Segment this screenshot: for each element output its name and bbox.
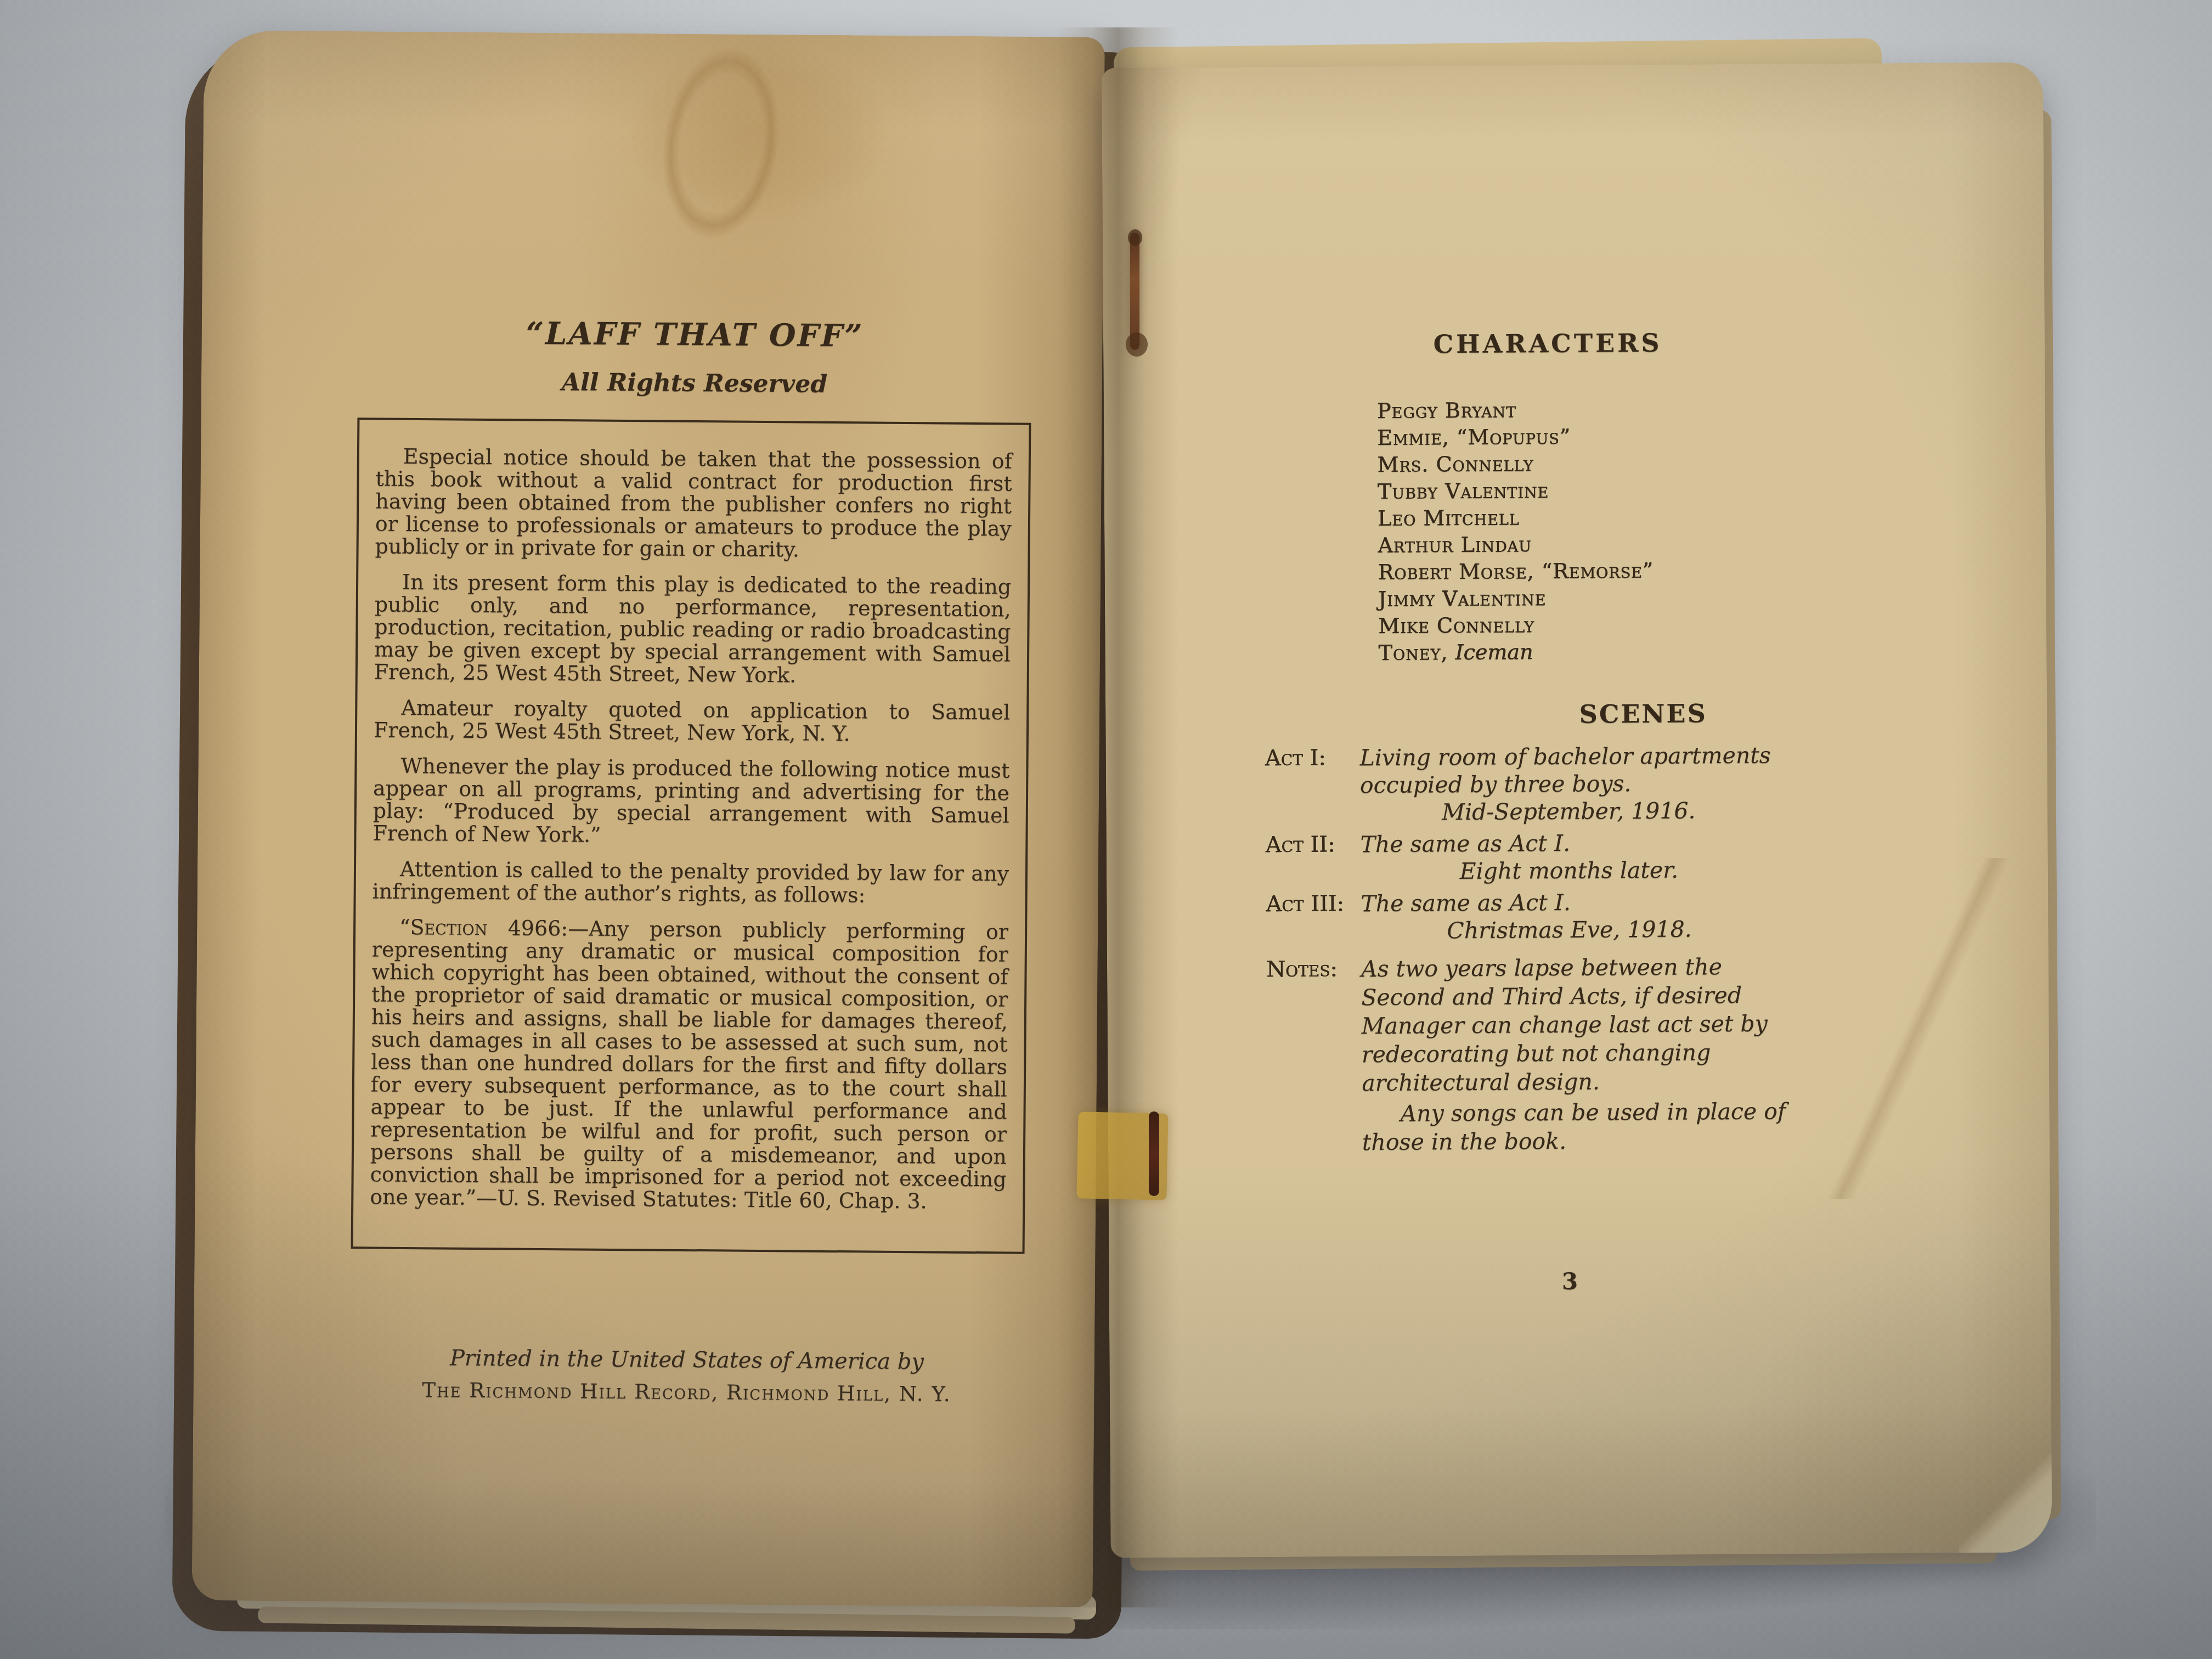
left-page-content: “LAFF THAT OFF” All Rights Reserved Espe… [349, 31, 1034, 1407]
right-page-content: CHARACTERS Peggy Bryant Emmie, “Mopupus”… [1261, 63, 1927, 1296]
character-item: Arthur Lindau [1378, 529, 1922, 559]
rights-reserved-line: All Rights Reserved [358, 366, 1031, 400]
printed-in-usa-line: Printed in the United States of America … [350, 1345, 1024, 1375]
notice-paragraph: Whenever the play is produced the follow… [373, 754, 1009, 849]
notes-paragraph: Any songs can be used in place of those … [1362, 1097, 1812, 1156]
character-role: Iceman [1455, 640, 1533, 664]
left-page: “LAFF THAT OFF” All Rights Reserved Espe… [192, 30, 1105, 1607]
notes-block: Notes: As two years lapse between the Se… [1266, 951, 1926, 1157]
printer-imprint: Printed in the United States of America … [349, 1345, 1024, 1407]
legal-statute-paragraph: “Section 4966:—Any person publicly perfo… [370, 916, 1008, 1213]
act-label: Act III: [1266, 890, 1357, 945]
act-label: Act II: [1266, 831, 1357, 886]
characters-list: Peggy Bryant Emmie, “Mopupus” Mrs. Conne… [1377, 394, 1923, 667]
act-description: The same as Act I.Christmas Eve, 1918. [1361, 887, 1833, 945]
characters-heading: CHARACTERS [1378, 328, 1718, 359]
character-item: Toney, Iceman [1378, 636, 1922, 667]
notice-paragraph: Especial notice should be taken that the… [375, 445, 1012, 562]
character-item: Robert Morse, “Remorse” [1378, 556, 1922, 586]
character-item: Emmie, “Mopupus” [1377, 421, 1921, 452]
notes-label: Notes: [1266, 955, 1358, 1157]
act-description: The same as Act I.Eight months later. [1361, 828, 1833, 885]
copyright-notice-box: Especial notice should be taken that the… [351, 417, 1031, 1254]
statute-section-lead: “Section 4966:— [399, 915, 589, 941]
character-item: Tubby Valentine [1378, 475, 1922, 505]
printer-name-line: The Richmond Hill Record, Richmond Hill,… [349, 1378, 1023, 1407]
notes-body: As two years lapse between the Second an… [1361, 952, 1812, 1156]
notes-paragraph: As two years lapse between the Second an… [1361, 952, 1812, 1097]
act-setting: Living room of bachelor apartments occup… [1360, 742, 1771, 799]
act-time: Mid-September, 1916. [1360, 797, 1777, 827]
act-setting: The same as Act I. [1361, 830, 1571, 857]
act-label: Act I: [1265, 744, 1356, 827]
character-item: Leo Mitchell [1378, 502, 1922, 532]
notice-paragraph: In its present form this play is dedicat… [374, 571, 1012, 688]
character-item: Mrs. Connelly [1377, 448, 1921, 478]
act-entry: Act II: The same as Act I.Eight months l… [1266, 827, 1925, 886]
character-item: Peggy Bryant [1377, 394, 1921, 425]
act-time: Christmas Eve, 1918. [1361, 915, 1778, 945]
act-description: Living room of bachelor apartments occup… [1360, 741, 1832, 826]
right-page: CHARACTERS Peggy Bryant Emmie, “Mopupus”… [1102, 63, 2052, 1558]
character-name: Toney, [1378, 640, 1455, 665]
staple-bottom [1149, 1111, 1159, 1196]
page-number: 3 [1553, 1268, 1586, 1295]
character-item: Mike Connelly [1378, 610, 1922, 640]
character-item: Jimmy Valentine [1378, 583, 1922, 613]
staple-top [1130, 233, 1139, 350]
play-title: “LAFF THAT OFF” [358, 314, 1031, 356]
act-entry: Act III: The same as Act I.Christmas Eve… [1266, 887, 1925, 945]
notice-paragraph: Attention is called to the penalty provi… [373, 857, 1009, 907]
statute-body: Any person publicly performing or repres… [370, 917, 1008, 1214]
scenes-heading: SCENES [1473, 698, 1813, 730]
act-entry: Act I: Living room of bachelor apartment… [1265, 741, 1924, 827]
act-time: Eight months later. [1361, 856, 1778, 886]
acts-list: Act I: Living room of bachelor apartment… [1265, 741, 1925, 945]
act-setting: The same as Act I. [1361, 889, 1571, 917]
notice-paragraph: Amateur royalty quoted on application to… [374, 696, 1011, 746]
